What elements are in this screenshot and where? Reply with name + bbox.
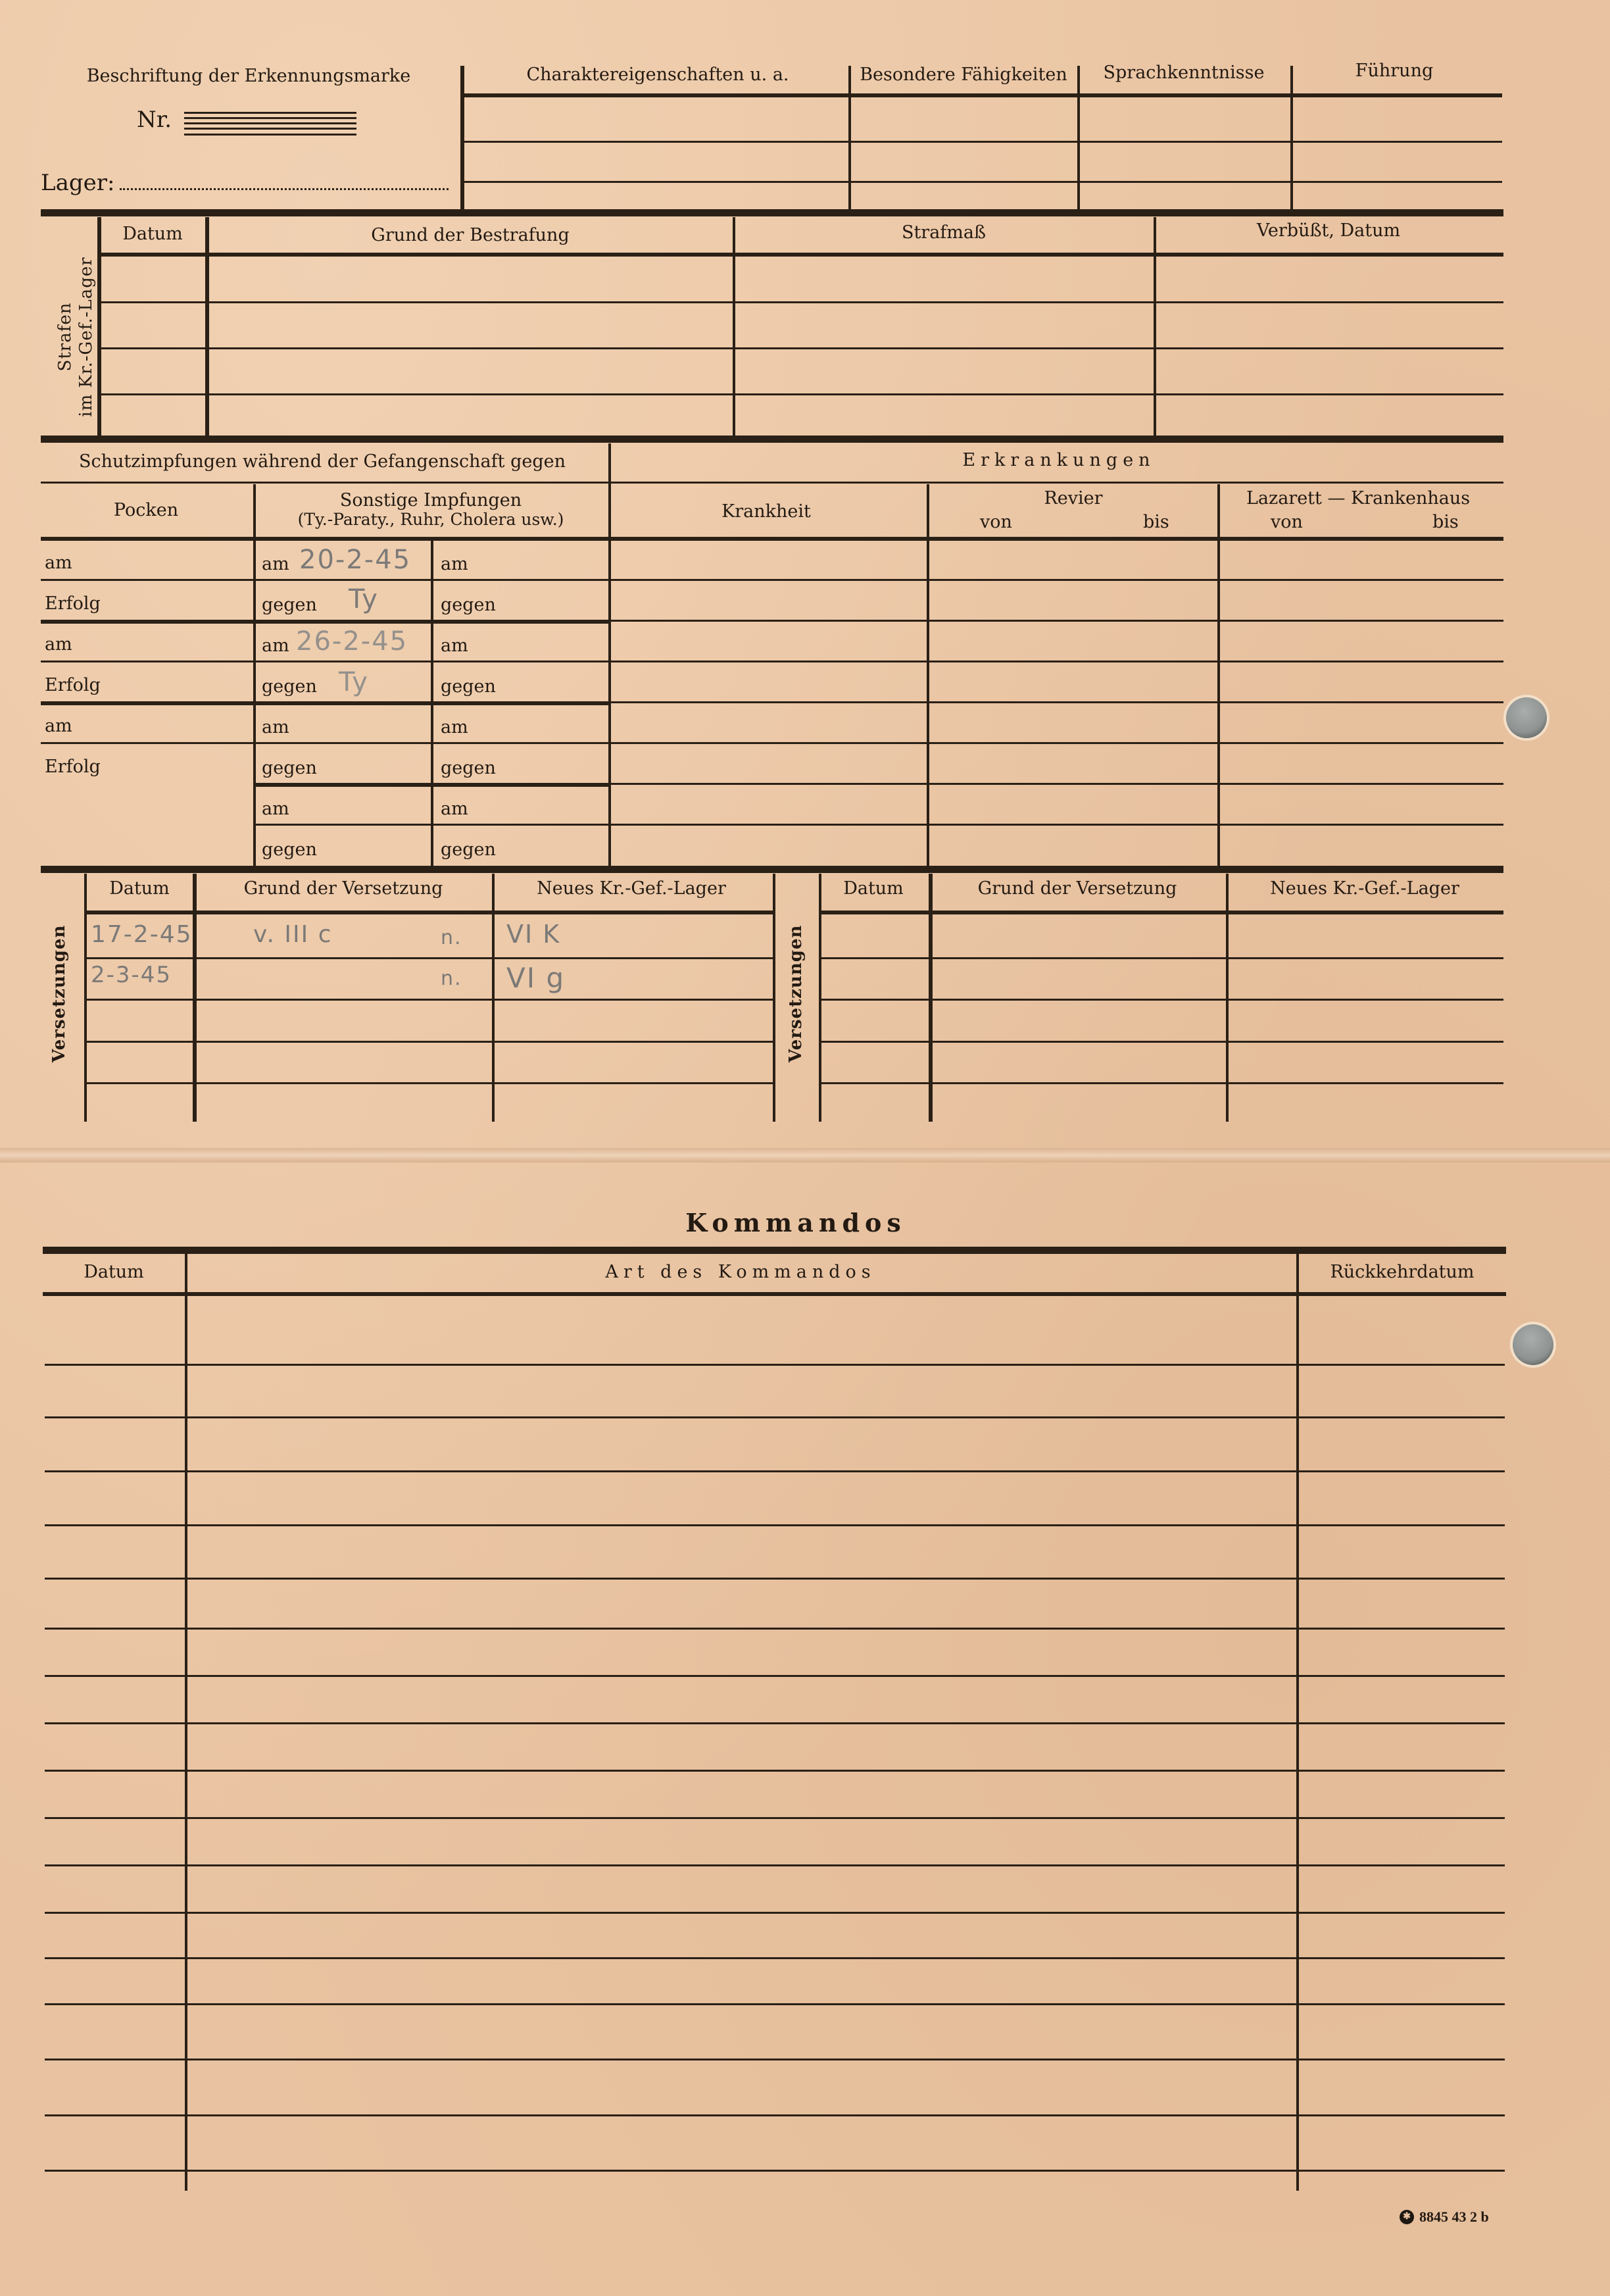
print-code: ✱ 8845 43 2 b [1400, 2209, 1489, 2226]
sonstige-gegen: gegen [441, 758, 496, 778]
strafen-side-label: Strafen im Kr.-Gef.-Lager [55, 238, 97, 436]
vers-right-col-lager: Neues Kr.-Gef.-Lager [1270, 878, 1459, 899]
pocken-erfolg-2: Erfolg [45, 675, 101, 695]
paper-fold [0, 1148, 1610, 1162]
vers-right-col-datum: Datum [843, 878, 904, 899]
lager-field[interactable] [120, 188, 449, 190]
krankheit-label: Krankheit [721, 501, 811, 522]
versetzungen-side-label-right: Versetzungen [786, 931, 806, 1062]
vers-left-col-datum: Datum [109, 878, 170, 899]
strafen-row[interactable] [99, 301, 1503, 303]
sonstige-am: am [262, 799, 289, 819]
pocken-erfolg-1: Erfolg [45, 593, 101, 614]
col-sprachkenntnisse: Sprachkenntnisse [1104, 62, 1265, 83]
sonstige-gegen: gegen [262, 595, 317, 615]
kommandos-col-rueckkehr: Rückkehrdatum [1330, 1262, 1474, 1282]
row-line [463, 181, 1502, 183]
sonstige-am: am [441, 636, 468, 656]
sonstige-am: am [262, 717, 289, 737]
vers-left-col-grund: Grund der Versetzung [244, 878, 443, 899]
sonstige-sub: (Ty.-Paraty., Ruhr, Cholera usw.) [298, 510, 564, 529]
handwritten-impf-date-2: 26-2-45 [296, 626, 408, 657]
sonstige-gegen: gegen [441, 839, 496, 860]
sonstige-am: am [262, 554, 289, 574]
sonstige-gegen: gegen [262, 839, 317, 860]
strafen-col-strafmass: Strafmaß [902, 222, 986, 243]
sonstige-am: am [441, 717, 468, 737]
divider [1290, 66, 1293, 212]
pocken-label: Pocken [114, 500, 178, 520]
eagle-emblem-icon: ✱ [1400, 2210, 1414, 2224]
sonstige-am: am [441, 554, 468, 574]
col-charaktereigenschaften: Charaktereigenschaften u. a. [526, 64, 789, 85]
versetzungen-side-label-left: Versetzungen [49, 931, 69, 1062]
pocken-erfolg-3: Erfolg [45, 757, 101, 777]
strafen-col-datum: Datum [122, 224, 183, 244]
pocken-am-2: am [45, 634, 72, 655]
sonstige-gegen: gegen [262, 676, 317, 697]
punch-hole [1513, 1324, 1553, 1365]
divider [848, 66, 851, 212]
section-rule [41, 436, 1503, 443]
col-besondere-faehigkeiten: Besondere Fähigkeiten [860, 64, 1067, 85]
pocken-am-3: am [45, 716, 72, 736]
lager-label: Lager: [41, 170, 114, 196]
strafen-row[interactable] [99, 393, 1503, 395]
lazarett-label: Lazarett — Krankenhaus [1246, 488, 1470, 509]
kommandos-col-datum: Datum [84, 1262, 144, 1282]
divider [460, 66, 464, 212]
revier-bis: bis [1143, 512, 1169, 532]
sonstige-label: Sonstige Impfungen [340, 490, 522, 511]
beschriftung-label: Beschriftung der Erkennungsmarke [87, 66, 411, 86]
lazarett-von: von [1271, 512, 1303, 532]
section-rule [41, 209, 1503, 216]
divider [1077, 66, 1080, 212]
vers-right-col-grund: Grund der Versetzung [978, 878, 1177, 899]
strafen-col-grund: Grund der Bestrafung [371, 225, 569, 245]
impfungen-title: Schutzimpfungen während der Gefangenscha… [79, 451, 566, 472]
row-line [463, 141, 1502, 143]
kommandos-col-art: Art des Kommandos [605, 1262, 875, 1282]
vers-left-col-lager: Neues Kr.-Gef.-Lager [537, 878, 726, 899]
pocken-am-1: am [45, 553, 72, 573]
strafen-row[interactable] [99, 347, 1503, 349]
revier-von: von [980, 512, 1012, 532]
kommandos-title: Kommandos [685, 1208, 906, 1237]
handwritten-impf-date-1: 20-2-45 [299, 545, 411, 575]
handwritten-impf-type-2: Ty [339, 667, 369, 697]
sonstige-gegen: gegen [441, 676, 496, 697]
erkrankungen-title: Erkrankungen [962, 450, 1155, 470]
handwritten-impf-type-1: Ty [349, 584, 379, 614]
sonstige-gegen: gegen [262, 758, 317, 778]
sonstige-gegen: gegen [441, 595, 496, 615]
revier-label: Revier [1044, 488, 1102, 509]
header-rule [463, 93, 1502, 97]
nr-label: Nr. [137, 107, 172, 133]
sonstige-am: am [262, 636, 289, 656]
sonstige-am: am [441, 799, 468, 819]
strafen-col-verbuesst: Verbüßt, Datum [1257, 220, 1400, 241]
lazarett-bis: bis [1432, 512, 1459, 532]
section-rule [41, 866, 1503, 873]
col-fuehrung: Führung [1355, 61, 1433, 81]
punch-hole [1506, 697, 1547, 738]
